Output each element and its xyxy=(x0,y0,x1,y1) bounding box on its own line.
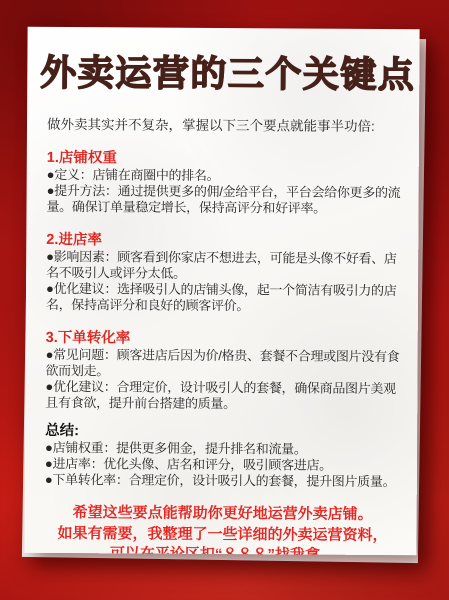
summary-section: 总结: ●店铺权重：提供更多佣金，提升排名和流量。 ●进店率：优化头像、店名和评… xyxy=(45,423,401,490)
poster-title: 外卖运营的三个关键点 xyxy=(40,51,403,96)
bullet-improve-method: ●提升方法：通过提供更多的佣/金给平台，平台会给你更多的流量。确保订单量稳定增长… xyxy=(46,183,402,217)
bullet-optimization-advice: ●优化建议：选择吸引人的店铺头像，起一个简洁有吸引力的店名，保持高评分和良好的顾… xyxy=(46,281,402,315)
section-heading-conversion-rate: 3.下单转化率 xyxy=(46,330,402,349)
intro-text: 做外卖其实并不复杂，掌握以下三个要点就能事半功倍: xyxy=(47,116,403,135)
paper-sheet: 外卖运营的三个关键点 做外卖其实并不复杂，掌握以下三个要点就能事半功倍: 1.店… xyxy=(24,27,419,555)
section-conversion-rate: 3.下单转化率 ●常见问题：顾客进店后因为价/格贵、套餐不合理或图片没有食欲而划… xyxy=(45,330,401,413)
summary-heading: 总结: xyxy=(45,423,401,442)
bullet-optimization-advice-2: ●优化建议：合理定价，设计吸引人的套餐，确保商品图片美观且有食欲，提升前台搭建的… xyxy=(45,379,401,413)
bullet-common-problems: ●常见问题：顾客进店后因为价/格贵、套餐不合理或图片没有食欲而划走。 xyxy=(45,347,401,381)
summary-bullet-conversion-rate: ●下单转化率：合理定价，设计吸引人的套餐，提升图片质量。 xyxy=(45,472,401,490)
section-store-weight: 1.店铺权重 ●定义：店铺在商圈中的排名。 ●提升方法：通过提供更多的佣/金给平… xyxy=(46,150,402,217)
bullet-influence-factors: ●影响因素：顾客看到你家店不想进去，可能是头像不好看、店名不吸引人或评分太低。 xyxy=(46,249,402,283)
footer-line-2: 如果有需要，我整理了一些详细的外卖运营资料， xyxy=(44,524,400,547)
footer-call-to-action: 希望这些要点能帮助你更好地运营外卖店铺。 如果有需要，我整理了一些详细的外卖运营… xyxy=(44,503,400,555)
section-heading-store-weight: 1.店铺权重 xyxy=(47,150,403,169)
footer-line-1: 希望这些要点能帮助你更好地运营外卖店铺。 xyxy=(45,503,401,526)
section-heading-entry-rate: 2.进店率 xyxy=(46,232,402,251)
section-entry-rate: 2.进店率 ●影响因素：顾客看到你家店不想进去，可能是头像不好看、店名不吸引人或… xyxy=(46,232,402,315)
